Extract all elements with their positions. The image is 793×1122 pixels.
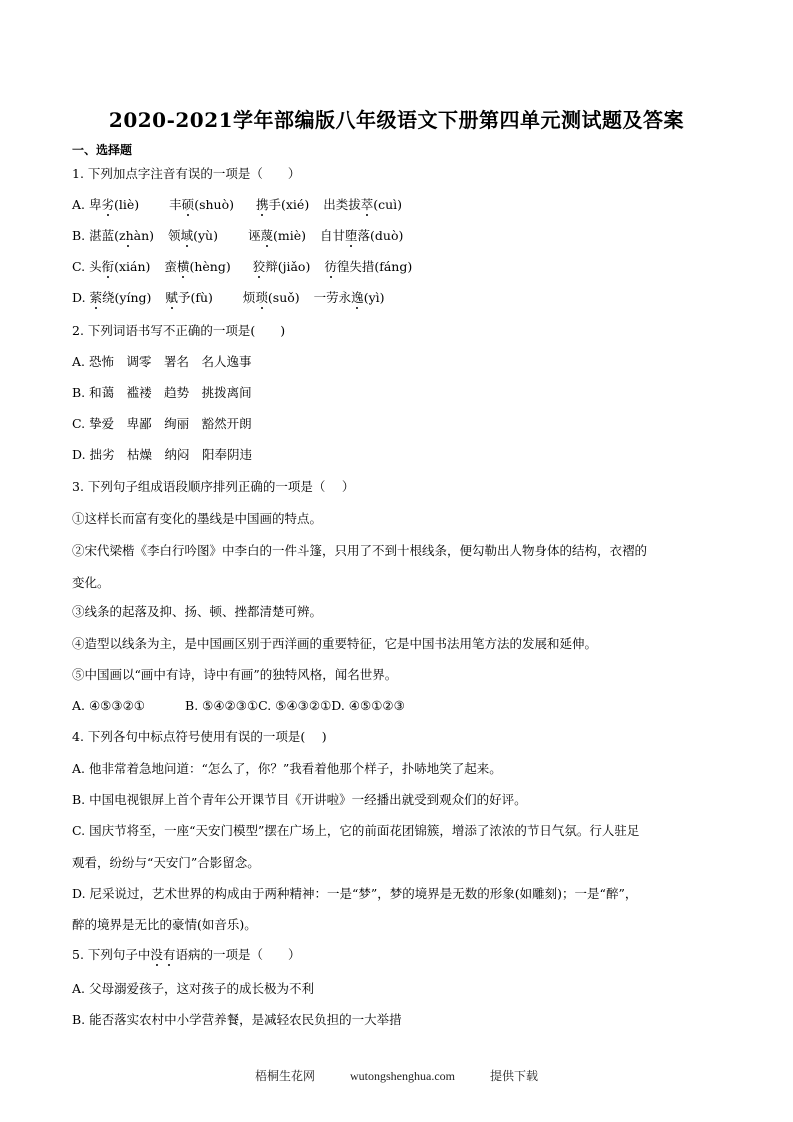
question-3-sentence-4: ④造型以线条为主，是中国画区别于西洋画的重要特征，它是中国书法用笔方法的发展和延… xyxy=(72,636,597,652)
question-3-options: A. ④⑤③②①B. ⑤④②③①C. ⑤④③②①D. ④⑤①②③ xyxy=(72,698,405,714)
text: 5. 下列句子中 xyxy=(72,947,150,962)
question-1-option-b: B. 湛蓝(zhàn)领域(yù)诬蔑(miè)自甘堕落(duò) xyxy=(72,228,403,244)
footer-domain-link[interactable]: wutongshenghua.com xyxy=(350,1069,455,1083)
page-footer: 梧桐生花网 wutongshenghua.com 提供下载 xyxy=(0,1067,793,1084)
text: 手(xié) xyxy=(269,197,310,212)
dotted-char: 蔑 xyxy=(260,228,273,243)
question-3-sentence-1: ①这样长而富有变化的墨线是中国画的特点。 xyxy=(72,511,322,527)
dotted-char: 有 xyxy=(163,947,176,962)
dotted-char: 萦 xyxy=(90,290,103,305)
question-2-option-d: D. 拙劣 枯燥 纳闷 阳奉阴违 xyxy=(72,447,252,463)
question-5-option-a: A. 父母溺爱孩子，这对孩子的成长极为不利 xyxy=(72,981,314,997)
option-a: A. ④⑤③②① xyxy=(72,698,145,713)
footer-note: 提供下载 xyxy=(490,1069,538,1083)
text: 领 xyxy=(168,228,181,243)
dotted-char: 赋 xyxy=(165,290,178,305)
question-4-stem: 4. 下列各句中标点符号使用有误的一项是( ) xyxy=(72,729,327,745)
text: 落(duò) xyxy=(358,228,404,243)
question-3-sentence-3: ③线条的起落及抑、扬、顿、挫都清楚可辨。 xyxy=(72,604,322,620)
text: (suǒ) xyxy=(268,290,300,305)
question-3-sentence-2: ②宋代梁楷《李白行吟图》中李白的一件斗篷，只用了不到十根线条，便勾勒出人物身体的… xyxy=(72,543,647,559)
text: (cuì) xyxy=(373,197,402,212)
text: B. 湛 xyxy=(72,228,102,243)
section-heading: 一、选择题 xyxy=(72,141,132,158)
question-4-option-c-cont: 观看，纷纷与“天安门”合影留念。 xyxy=(72,855,260,871)
question-3-sentence-5: ⑤中国画以“画中有诗，诗中有画”的独特风格，闻名世界。 xyxy=(72,667,397,683)
question-5-option-b: B. 能否落实农村中小学营养餐，是减轻农民负担的一大举措 xyxy=(72,1012,402,1028)
question-4-option-c: C. 国庆节将至，一座“天安门模型”摆在广场上，它的前面花团锦簇，增添了浓浓的节… xyxy=(72,823,639,839)
text: 辩(jiǎo) xyxy=(265,259,310,274)
dotted-char: 彷 xyxy=(324,259,337,274)
text: (yù) xyxy=(193,228,218,243)
question-1-option-a: A. 卑劣(liè)丰硕(shuò)携手(xié)出类拔萃(cuì) xyxy=(72,197,402,213)
question-2-option-c: C. 挚爱 卑鄙 绚丽 豁然开朗 xyxy=(72,416,252,432)
text: 自甘 xyxy=(320,228,345,243)
dotted-char: 狡 xyxy=(253,259,266,274)
text: 一劳永 xyxy=(314,290,352,305)
question-5-stem: 5. 下列句子中没有语病的一项是（ ） xyxy=(72,947,300,963)
text: A. 卑 xyxy=(72,197,101,212)
question-2-stem: 2. 下列词语书写不正确的一项是( ) xyxy=(72,323,285,339)
text: 烦 xyxy=(243,290,256,305)
text: C. 头 xyxy=(72,259,102,274)
text: 诬 xyxy=(248,228,261,243)
text: 绕(yíng) xyxy=(102,290,151,305)
text: (liè) xyxy=(114,197,139,212)
text: 出类拔 xyxy=(323,197,361,212)
text: (yì) xyxy=(364,290,385,305)
dotted-char: 逸 xyxy=(351,290,364,305)
dotted-char: 劣 xyxy=(101,197,114,212)
dotted-char: 没 xyxy=(150,947,163,962)
question-4-option-d-cont: 醉的境界是无比的豪情(如音乐)。 xyxy=(72,917,257,933)
text: (miè) xyxy=(273,228,306,243)
text: 语病的一项是（ ） xyxy=(175,947,300,962)
question-1-option-c: C. 头衔(xián)蛮横(hèng)狡辩(jiǎo)彷徨失措(fáng) xyxy=(72,259,412,275)
question-2-option-b: B. 和蔼 褴褛 趋势 挑拨离间 xyxy=(72,385,252,401)
question-4-option-b: B. 中国电视银屏上首个青年公开课节目《开讲啦》一经播出就受到观众们的好评。 xyxy=(72,792,527,808)
question-2-option-a: A. 恐怖 调零 署名 名人逸事 xyxy=(72,354,251,370)
dotted-char: 蓝(zhàn) xyxy=(102,228,154,243)
dotted-char: 堕 xyxy=(345,228,358,243)
dotted-char: 衔 xyxy=(102,259,115,274)
question-4-option-a: A. 他非常着急地问道：“怎么了，你？”我看着他那个样子，扑哧地笑了起来。 xyxy=(72,761,502,777)
page-title: 2020-2021学年部编版八年级语文下册第四单元测试题及答案 xyxy=(0,104,793,133)
question-3-stem: 3. 下列句子组成语段顺序排列正确的一项是（ ） xyxy=(72,479,354,495)
question-1-stem: 1. 下列加点字注音有误的一项是（ ） xyxy=(72,166,300,182)
text: 蛮 xyxy=(164,259,177,274)
text: 丰 xyxy=(169,197,182,212)
text: (xián) xyxy=(114,259,150,274)
text: (shuò) xyxy=(194,197,234,212)
footer-site-name: 梧桐生花网 xyxy=(255,1069,315,1083)
question-3-sentence-2-cont: 变化。 xyxy=(72,575,110,591)
text: (hèng) xyxy=(189,259,230,274)
question-4-option-d: D. 尼采说过，艺术世界的构成由于两种精神：一是“梦”，梦的境界是无数的形象(如… xyxy=(72,886,637,902)
dotted-char: 琐 xyxy=(255,290,268,305)
question-1-option-d: D. 萦绕(yíng)赋予(fù)烦琐(suǒ)一劳永逸(yì) xyxy=(72,290,385,306)
dotted-char: 硕 xyxy=(182,197,195,212)
options-b-c-d: B. ⑤④②③①C. ⑤④③②①D. ④⑤①②③ xyxy=(185,698,405,713)
dotted-char: 携 xyxy=(256,197,269,212)
dotted-char: 横 xyxy=(177,259,190,274)
dotted-char: 萃 xyxy=(361,197,374,212)
text: 予(fù) xyxy=(178,290,213,305)
text: 徨失措(fáng) xyxy=(337,259,412,274)
dotted-char: 域 xyxy=(181,228,194,243)
text: D. xyxy=(72,290,90,305)
